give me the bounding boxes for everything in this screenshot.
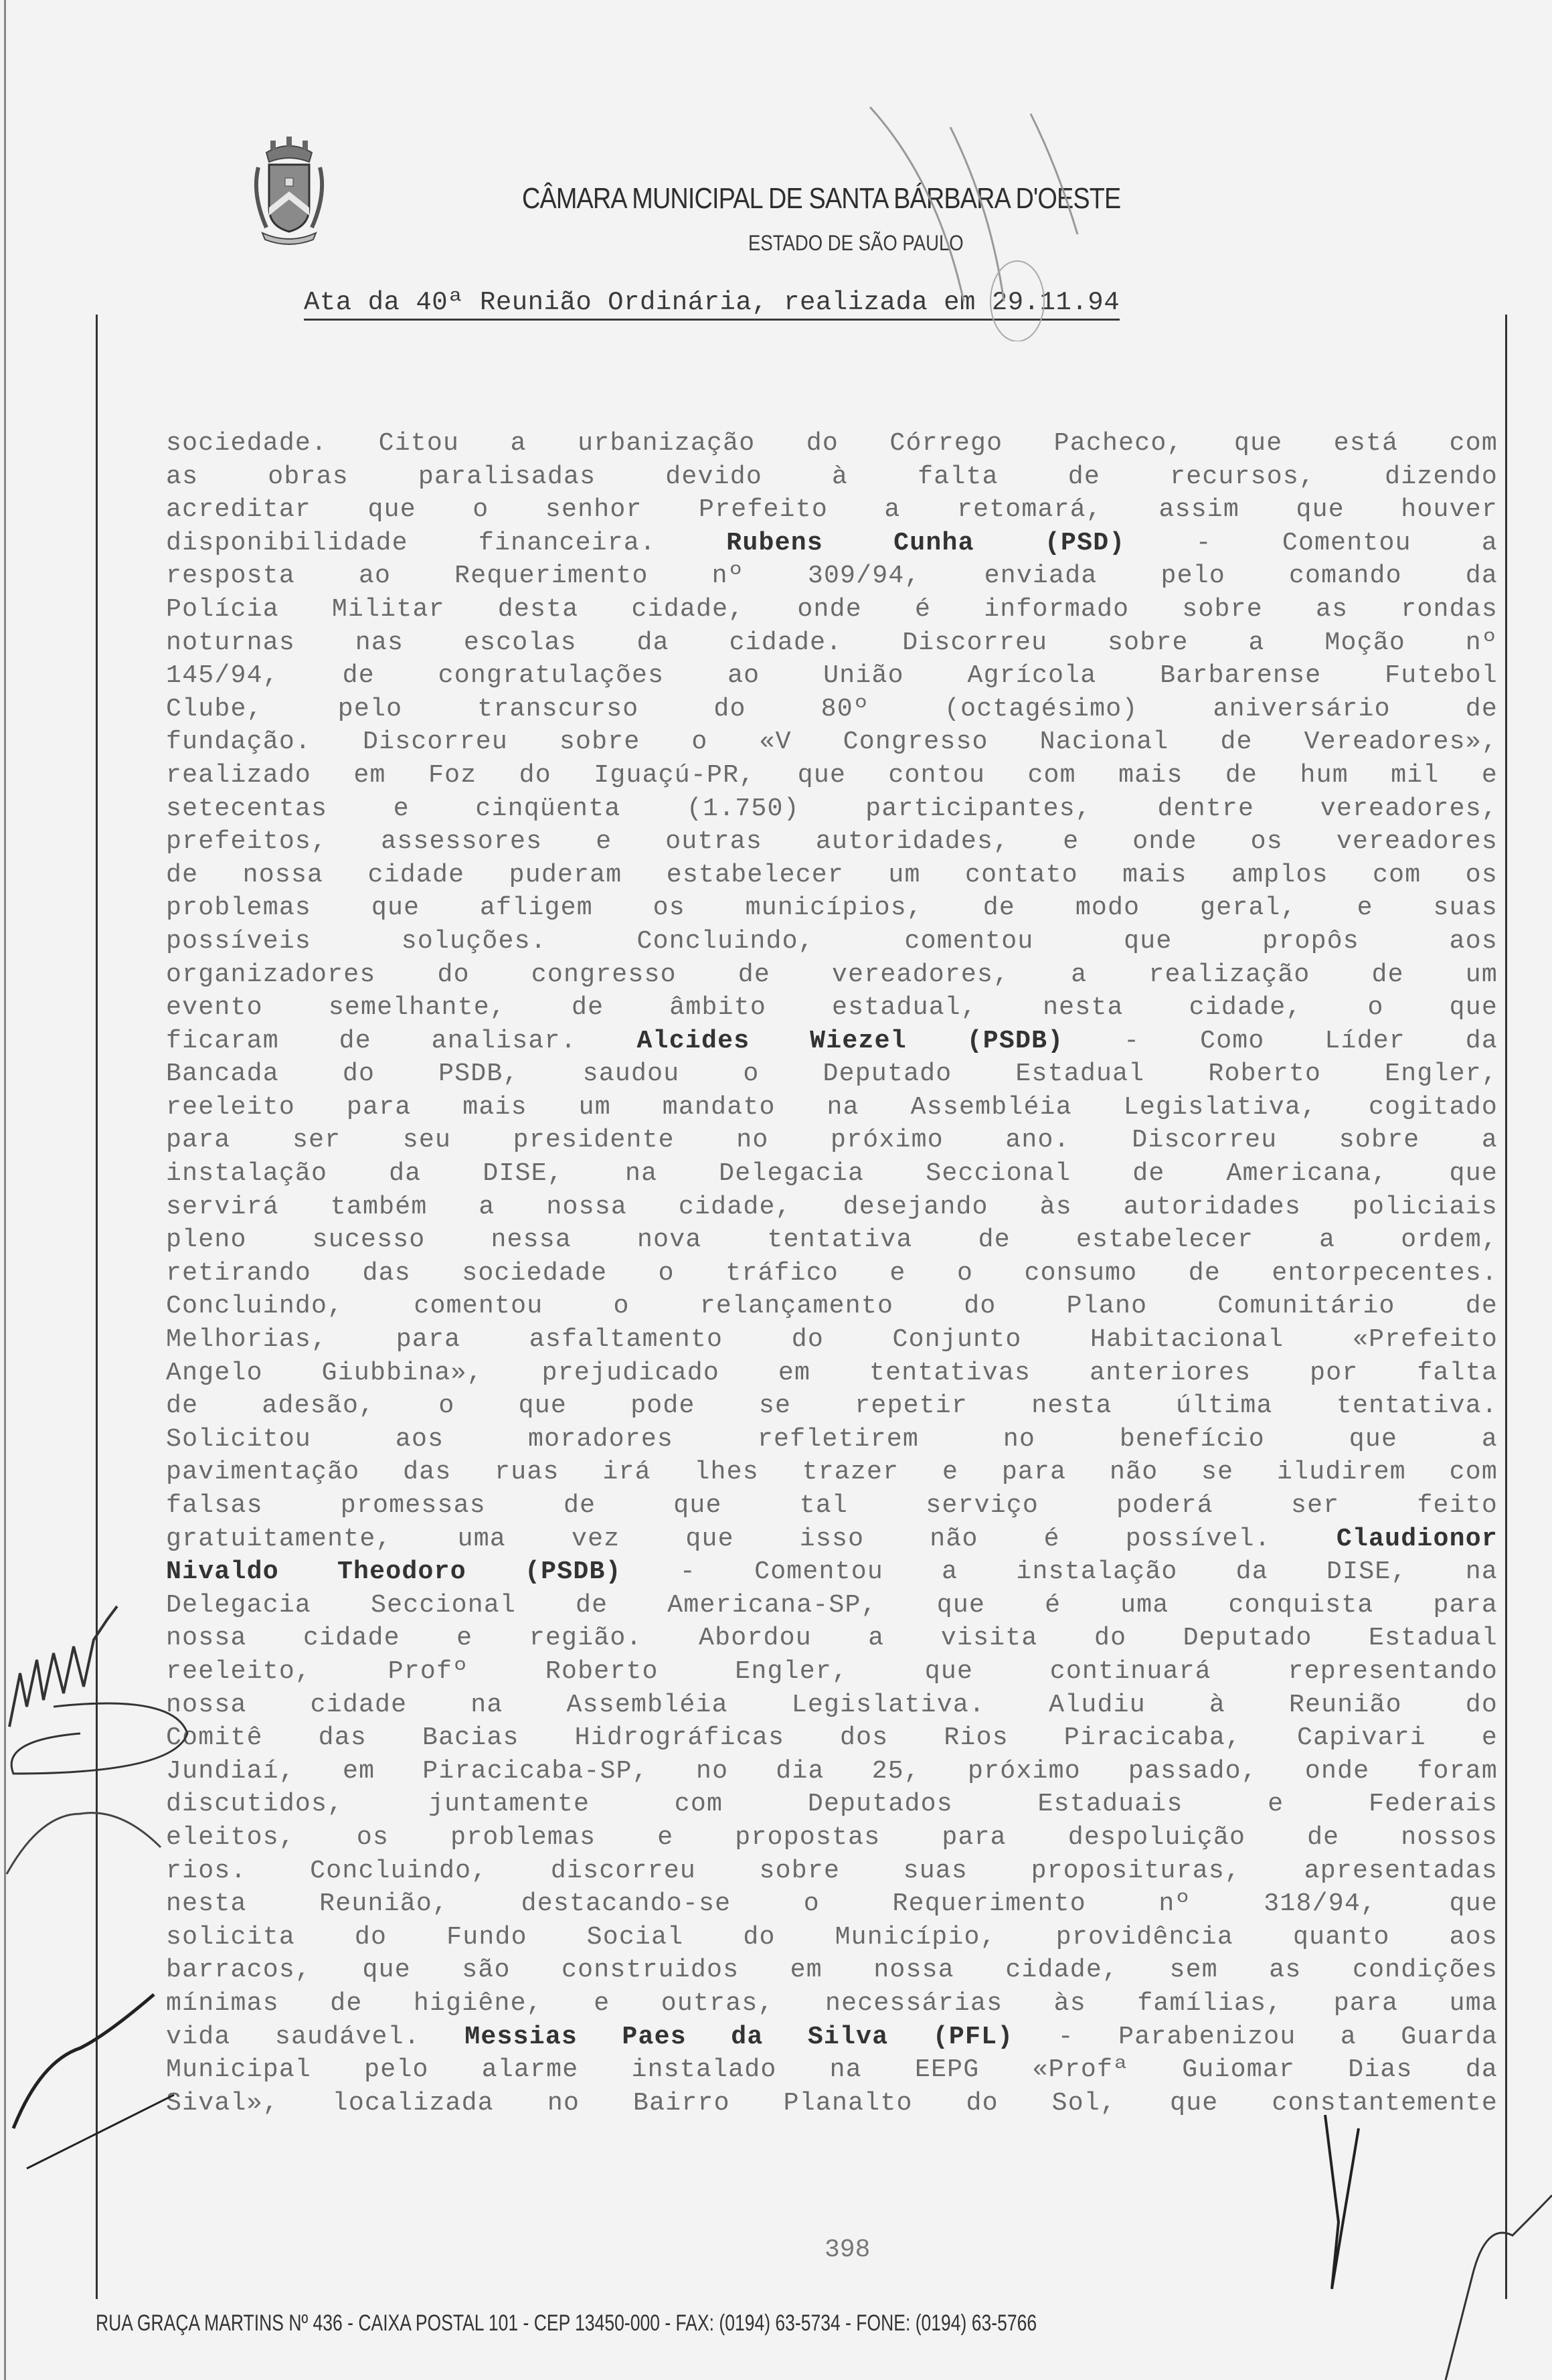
text-line: Delegacia Seccional de Americana-SP, que… xyxy=(166,1589,1498,1622)
text-line: Jundiaí, em Piracicaba-SP, no dia 25, pr… xyxy=(166,1755,1498,1788)
text-line: para ser seu presidente no próximo ano. … xyxy=(166,1124,1498,1157)
institution-name: CÂMARA MUNICIPAL DE SANTA BÁRBARA D'OEST… xyxy=(73,182,1407,216)
text-run: instalação da DISE, na Delegacia Seccion… xyxy=(166,1159,1498,1188)
text-run: - Parabenizou a Guarda xyxy=(1013,2023,1498,2051)
text-line: disponibilidade financeira. Rubens Cunha… xyxy=(166,527,1498,560)
text-run: pavimentação das ruas irá lhes trazer e … xyxy=(166,1458,1498,1486)
state-name: ESTADO DE SÃO PAULO xyxy=(748,231,964,256)
text-run: Melhorias, para asfaltamento do Conjunto… xyxy=(166,1325,1498,1354)
margin-rule-left xyxy=(96,315,98,2299)
signature-bottom-right-icon xyxy=(1312,2088,1552,2380)
text-line: fundação. Discorreu sobre o «V Congresso… xyxy=(166,726,1498,759)
text-run: barracos, que são construidos em nossa c… xyxy=(166,1956,1498,1984)
text-run: para ser seu presidente no próximo ano. … xyxy=(166,1126,1498,1155)
text-run: problemas que afligem os municípios, de … xyxy=(166,894,1498,922)
text-run: as obras paralisadas devido à falta de r… xyxy=(166,462,1498,491)
text-run: de adesão, o que pode se repetir nesta ú… xyxy=(166,1391,1498,1420)
text-line: organizadores do congresso de vereadores… xyxy=(166,958,1498,992)
text-run: noturnas nas escolas da cidade. Discorre… xyxy=(166,628,1498,657)
margin-rule-right xyxy=(1505,315,1507,2299)
text-run: Angelo Giubbina», prejudicado em tentati… xyxy=(166,1359,1498,1387)
text-line: Nivaldo Theodoro (PSDB) - Comentou a ins… xyxy=(166,1555,1498,1589)
text-run: nossa cidade e região. Abordou a visita … xyxy=(166,1624,1498,1652)
text-line: vida saudável. Messias Paes da Silva (PF… xyxy=(166,2021,1498,2054)
text-run: - Como Líder da xyxy=(1063,1027,1498,1055)
text-run: Comitê das Bacias Hidrográficas dos Rios… xyxy=(166,1723,1498,1752)
text-run: Solicitou aos moradores refletirem no be… xyxy=(166,1425,1498,1454)
text-line: de nossa cidade puderam estabelecer um c… xyxy=(166,859,1498,892)
text-line: Melhorias, para asfaltamento do Conjunto… xyxy=(166,1323,1498,1357)
text-line: Sival», localizada no Bairro Planalto do… xyxy=(166,2087,1498,2120)
document-page: CÂMARA MUNICIPAL DE SANTA BÁRBARA D'OEST… xyxy=(0,0,1552,2380)
text-run: fundação. Discorreu sobre o «V Congresso… xyxy=(166,728,1498,756)
minutes-body: sociedade. Citou a urbanização do Córreg… xyxy=(166,427,1498,2120)
text-line: eleitos, os problemas e propostas para d… xyxy=(166,1821,1498,1855)
text-line: setecentas e cinqüenta (1.750) participa… xyxy=(166,792,1498,826)
text-run: mínimas de higiêne, e outras, necessária… xyxy=(166,1989,1498,2018)
text-line: Municipal pelo alarme instalado na EEPG … xyxy=(166,2053,1498,2087)
speaker-name: Nivaldo Theodoro (PSDB) xyxy=(166,1557,622,1586)
text-run: eleitos, os problemas e propostas para d… xyxy=(166,1823,1498,1852)
text-run: - Comentou a instalação da DISE, na xyxy=(622,1557,1498,1586)
page-edge xyxy=(4,0,6,2380)
text-run: falsas promessas de que tal serviço pode… xyxy=(166,1491,1498,1520)
text-line: as obras paralisadas devido à falta de r… xyxy=(166,460,1498,494)
text-line: reeleito, Profº Roberto Engler, que cont… xyxy=(166,1655,1498,1689)
text-line: problemas que afligem os municípios, de … xyxy=(166,891,1498,925)
text-line: pleno sucesso nessa nova tentativa de es… xyxy=(166,1223,1498,1257)
text-run: 145/94, de congratulações ao União Agríc… xyxy=(166,661,1498,690)
text-line: retirando das sociedade o tráfico e o co… xyxy=(166,1257,1498,1290)
text-run: Municipal pelo alarme instalado na EEPG … xyxy=(166,2055,1498,2084)
text-line: barracos, que são construidos em nossa c… xyxy=(166,1954,1498,1987)
text-line: solicita do Fundo Social do Município, p… xyxy=(166,1921,1498,1954)
text-run: Bancada do PSDB, saudou o Deputado Estad… xyxy=(166,1059,1498,1088)
text-run: possíveis soluções. Concluindo, comentou… xyxy=(166,927,1498,956)
text-run: resposta ao Requerimento nº 309/94, envi… xyxy=(166,562,1498,590)
text-line: Angelo Giubbina», prejudicado em tentati… xyxy=(166,1357,1498,1390)
text-line: instalação da DISE, na Delegacia Seccion… xyxy=(166,1157,1498,1191)
text-run: solicita do Fundo Social do Município, p… xyxy=(166,1923,1498,1952)
text-run: Sival», localizada no Bairro Planalto do… xyxy=(166,2089,1498,2118)
text-run: realizado em Foz do Iguaçú-PR, que conto… xyxy=(166,761,1498,790)
text-line: nossa cidade e região. Abordou a visita … xyxy=(166,1622,1498,1655)
text-line: Clube, pelo transcurso do 80º (octagésim… xyxy=(166,693,1498,726)
text-line: rios. Concluindo, discorreu sobre suas p… xyxy=(166,1855,1498,1888)
text-line: 145/94, de congratulações ao União Agríc… xyxy=(166,659,1498,693)
text-line: nossa cidade na Assembléia Legislativa. … xyxy=(166,1689,1498,1722)
text-run: servirá também a nossa cidade, desejando… xyxy=(166,1193,1498,1221)
text-line: prefeitos, assessores e outras autoridad… xyxy=(166,825,1498,859)
footer-address: RUA GRAÇA MARTINS Nº 436 - CAIXA POSTAL … xyxy=(96,2310,1037,2336)
text-line: sociedade. Citou a urbanização do Córreg… xyxy=(166,427,1498,460)
text-run: setecentas e cinqüenta (1.750) participa… xyxy=(166,794,1498,823)
text-line: mínimas de higiêne, e outras, necessária… xyxy=(166,1987,1498,2021)
text-run: reeleito para mais um mandato na Assembl… xyxy=(166,1093,1498,1122)
speaker-name: Claudionor xyxy=(1337,1525,1498,1553)
text-run: ficaram de analisar. xyxy=(166,1027,637,1055)
text-line: de adesão, o que pode se repetir nesta ú… xyxy=(166,1389,1498,1423)
text-run: organizadores do congresso de vereadores… xyxy=(166,960,1498,989)
text-line: falsas promessas de que tal serviço pode… xyxy=(166,1489,1498,1523)
speaker-name: Rubens Cunha (PSD) xyxy=(726,529,1125,558)
text-line: Concluindo, comentou o relançamento do P… xyxy=(166,1290,1498,1323)
text-line: evento semelhante, de âmbito estadual, n… xyxy=(166,991,1498,1025)
text-run: Polícia Militar desta cidade, onde é inf… xyxy=(166,595,1498,624)
text-run: sociedade. Citou a urbanização do Córreg… xyxy=(166,429,1498,458)
text-run: Concluindo, comentou o relançamento do P… xyxy=(166,1292,1498,1321)
text-run: gratuitamente, uma vez que isso não é po… xyxy=(166,1525,1337,1553)
text-line: pavimentação das ruas irá lhes trazer e … xyxy=(166,1456,1498,1489)
text-run: Delegacia Seccional de Americana-SP, que… xyxy=(166,1591,1498,1620)
text-line: possíveis soluções. Concluindo, comentou… xyxy=(166,925,1498,958)
text-run: reeleito, Profº Roberto Engler, que cont… xyxy=(166,1657,1498,1686)
text-run: acreditar que o senhor Prefeito a retoma… xyxy=(166,495,1498,524)
text-run: discutidos, juntamente com Deputados Est… xyxy=(166,1790,1498,1818)
text-run: evento semelhante, de âmbito estadual, n… xyxy=(166,993,1498,1022)
text-run: disponibilidade financeira. xyxy=(166,529,726,558)
document-title: Ata da 40ª Reunião Ordinária, realizada … xyxy=(304,288,1120,321)
text-line: ficaram de analisar. Alcides Wiezel (PSD… xyxy=(166,1025,1498,1058)
text-line: reeleito para mais um mandato na Assembl… xyxy=(166,1091,1498,1124)
text-line: Polícia Militar desta cidade, onde é inf… xyxy=(166,593,1498,626)
text-run: rios. Concluindo, discorreu sobre suas p… xyxy=(166,1857,1498,1885)
text-line: discutidos, juntamente com Deputados Est… xyxy=(166,1788,1498,1821)
text-line: nesta Reunião, destacando-se o Requerime… xyxy=(166,1887,1498,1921)
text-line: resposta ao Requerimento nº 309/94, envi… xyxy=(166,560,1498,593)
text-run: Clube, pelo transcurso do 80º (octagésim… xyxy=(166,695,1498,724)
text-run: nossa cidade na Assembléia Legislativa. … xyxy=(166,1691,1498,1719)
speaker-name: Messias Paes da Silva (PFL) xyxy=(464,2023,1013,2051)
text-run: prefeitos, assessores e outras autoridad… xyxy=(166,827,1498,856)
text-run: Jundiaí, em Piracicaba-SP, no dia 25, pr… xyxy=(166,1757,1498,1786)
text-run: nesta Reunião, destacando-se o Requerime… xyxy=(166,1889,1498,1918)
text-run: de nossa cidade puderam estabelecer um c… xyxy=(166,861,1498,889)
page-number: 398 xyxy=(825,2235,870,2264)
text-line: gratuitamente, uma vez que isso não é po… xyxy=(166,1523,1498,1556)
text-line: realizado em Foz do Iguaçú-PR, que conto… xyxy=(166,759,1498,792)
text-line: Bancada do PSDB, saudou o Deputado Estad… xyxy=(166,1057,1498,1091)
text-run: - Comentou a xyxy=(1125,529,1498,558)
text-run: pleno sucesso nessa nova tentativa de es… xyxy=(166,1225,1498,1254)
text-line: Comitê das Bacias Hidrográficas dos Rios… xyxy=(166,1721,1498,1755)
speaker-name: Alcides Wiezel (PSDB) xyxy=(637,1027,1064,1055)
text-run: vida saudável. xyxy=(166,2023,464,2051)
text-line: noturnas nas escolas da cidade. Discorre… xyxy=(166,626,1498,660)
text-run: retirando das sociedade o tráfico e o co… xyxy=(166,1259,1498,1288)
text-line: servirá também a nossa cidade, desejando… xyxy=(166,1191,1498,1224)
text-line: Solicitou aos moradores refletirem no be… xyxy=(166,1423,1498,1456)
text-line: acreditar que o senhor Prefeito a retoma… xyxy=(166,493,1498,527)
